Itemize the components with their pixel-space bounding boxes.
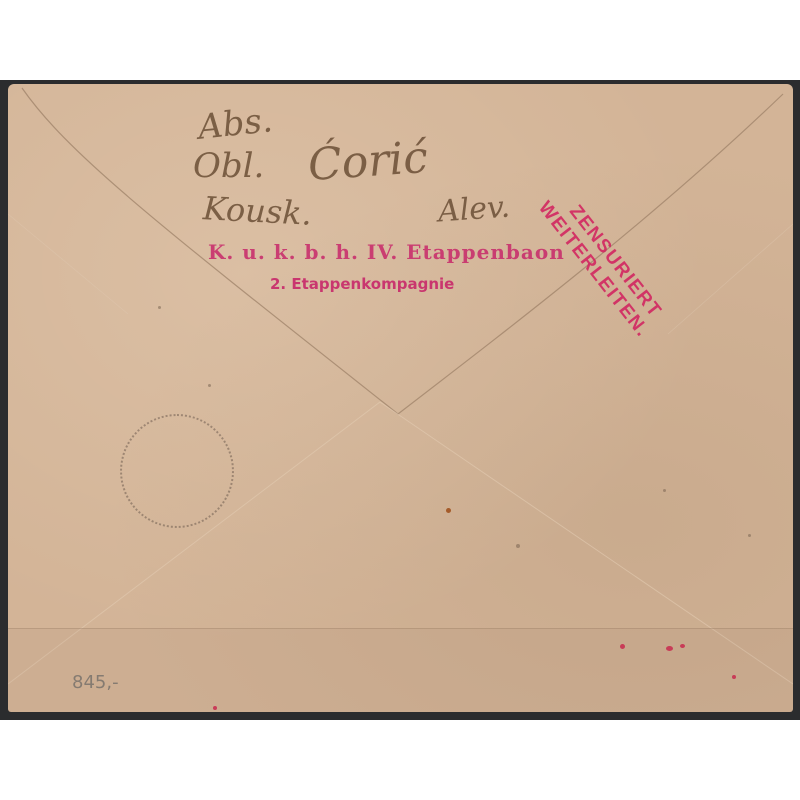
- handwritten-unit: Kousk.: [202, 189, 313, 233]
- envelope-back: Abs. Obl. Ćorić Kousk. Alev. K. u. k. b.…: [8, 84, 793, 712]
- handwritten-unit-suffix: Alev.: [437, 190, 511, 230]
- red-ink-spot: [620, 644, 625, 649]
- stain-spot: [446, 508, 451, 513]
- stain-spot: [158, 306, 161, 309]
- red-ink-spot: [680, 644, 685, 648]
- stain-spot: [516, 544, 520, 548]
- pencil-price-note: 845,-: [72, 672, 119, 693]
- red-ink-spot: [732, 675, 736, 679]
- red-ink-spot: [213, 706, 217, 710]
- handwritten-rank: Obl.: [193, 146, 264, 186]
- red-ink-spot: [666, 646, 673, 651]
- faded-postmark: [120, 414, 234, 528]
- handwritten-name: Ćorić: [306, 132, 429, 191]
- stain-spot: [748, 534, 751, 537]
- handwritten-sender-abbrev: Abs.: [196, 100, 274, 148]
- unit-stamp-line1: K. u. k. b. h. IV. Etappenbaon: [208, 240, 565, 264]
- unit-stamp-line2: 2. Etappenkompagnie: [270, 275, 454, 293]
- envelope-bottom-flap: [8, 628, 793, 712]
- stain-spot: [663, 489, 666, 492]
- stain-spot: [208, 384, 211, 387]
